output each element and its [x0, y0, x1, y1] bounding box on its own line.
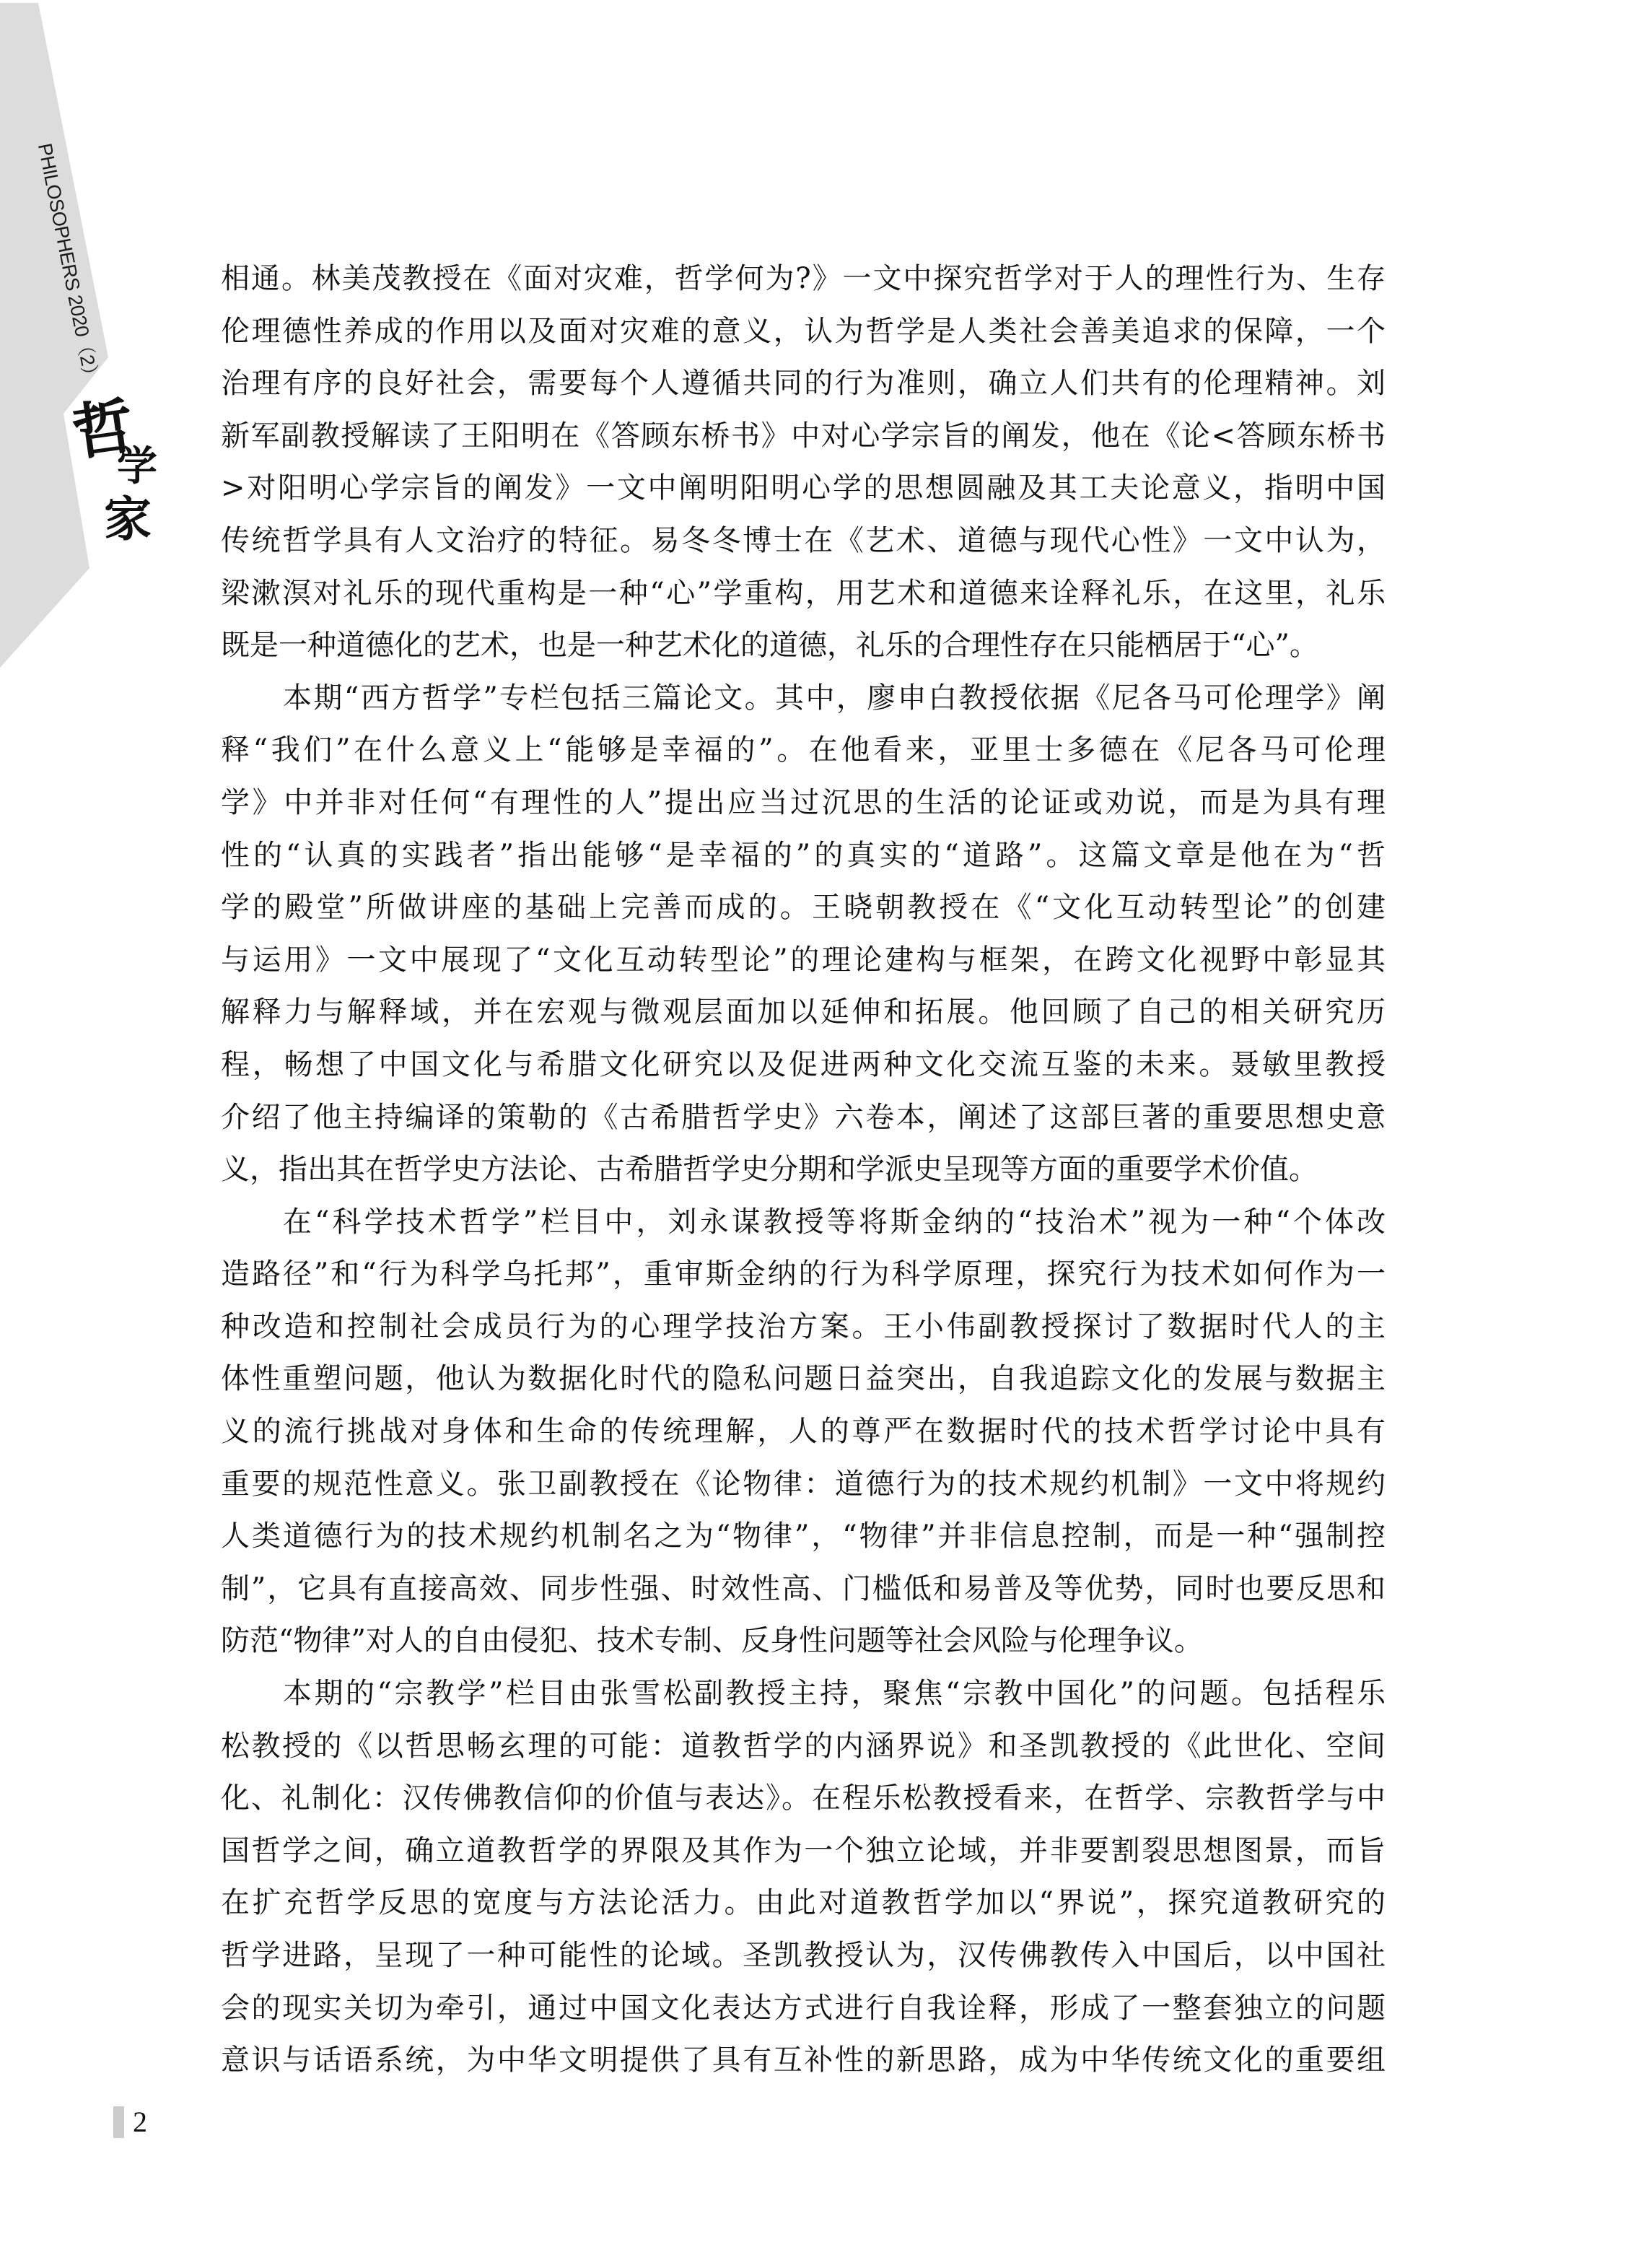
text-line: 义，指出其在哲学史方法论、古希腊哲学史分期和学派史呈现等方面的重要学术价值。 — [221, 1143, 1386, 1196]
text-line: 既是一种道德化的艺术，也是一种艺术化的道德，礼乐的合理性存在只能栖居于“心”。 — [221, 619, 1386, 672]
text-line: 新军副教授解读了王阳明在《答顾东桥书》中对心学宗旨的阐发，他在《论<答顾东桥书 — [221, 410, 1386, 463]
page-number: 2 — [133, 2106, 147, 2138]
text-line: 人类道德行为的技术规约机制名之为“物律”，“物律”并非信息控制，而是一种“强制控 — [221, 1510, 1386, 1563]
text-line: 义的流行挑战对身体和生命的传统理解，人的尊严在数据时代的技术哲学讨论中具有 — [221, 1405, 1386, 1458]
page-marker-bar — [113, 2106, 124, 2138]
text-line: 学》中并非对任何“有理性的人”提出应当过沉思的生活的论证或劝说，而是为具有理 — [221, 777, 1386, 829]
paragraph: 在“科学技术哲学”栏目中，刘永谋教授等将斯金纳的“技治术”视为一种“个体改造路径… — [221, 1196, 1386, 1667]
logo-char-3: 家 — [104, 481, 152, 549]
text-line: 造路径”和“行为科学乌托邦”，重审斯金纳的行为科学原理，探究行为技术如何作为一 — [221, 1248, 1386, 1301]
text-line: 会的现实关切为牵引，通过中国文化表达方式进行自我诠释，形成了一整套独立的问题 — [221, 1982, 1386, 2035]
text-line: 重要的规范性意义。张卫副教授在《论物律：道德行为的技术规约机制》一文中将规约 — [221, 1458, 1386, 1511]
article-body: 相通。林美茂教授在《面对灾难，哲学何为?》一文中探究哲学对于人的理性行为、生存伦… — [221, 253, 1386, 2087]
text-line: 哲学进路，呈现了一种可能性的论域。圣凯教授认为，汉传佛教传入中国后，以中国社 — [221, 1929, 1386, 1982]
paragraph: 相通。林美茂教授在《面对灾难，哲学何为?》一文中探究哲学对于人的理性行为、生存伦… — [221, 253, 1386, 672]
text-line: 本期“西方哲学”专栏包括三篇论文。其中，廖申白教授依据《尼各马可伦理学》阐 — [221, 672, 1386, 725]
text-line: 传统哲学具有人文治疗的特征。易冬冬博士在《艺术、道德与现代心性》一文中认为， — [221, 515, 1386, 567]
text-line: 制”，它具有直接高效、同步性强、时效性高、门槛低和易普及等优势，同时也要反思和 — [221, 1563, 1386, 1615]
text-line: 化、礼制化：汉传佛教信仰的价值与表达》。在程乐松教授看来，在哲学、宗教哲学与中 — [221, 1772, 1386, 1825]
text-line: 介绍了他主持编译的策勒的《古希腊哲学史》六卷本，阐述了这部巨著的重要思想史意 — [221, 1091, 1386, 1144]
text-line: 治理有序的良好社会，需要每个人遵循共同的行为准则，确立人们共有的伦理精神。刘 — [221, 357, 1386, 410]
text-line: 松教授的《以哲思畅玄理的可能：道教哲学的内涵界说》和圣凯教授的《此世化、空间 — [221, 1720, 1386, 1773]
text-line: 国哲学之间，确立道教哲学的界限及其作为一个独立论域，并非要割裂思想图景，而旨 — [221, 1825, 1386, 1877]
running-head-journal-issue: PHILOSOPHERS 2020（2） — [32, 141, 108, 387]
text-line: 学的殿堂”所做讲座的基础上完善而成的。王晓朝教授在《“文化互动转型论”的创建 — [221, 881, 1386, 934]
text-line: >对阳明心学宗旨的阐发》一文中阐明阳明心学的思想圆融及其工夫论意义，指明中国 — [221, 462, 1386, 515]
text-line: 相通。林美茂教授在《面对灾难，哲学何为?》一文中探究哲学对于人的理性行为、生存 — [221, 253, 1386, 305]
text-line: 在扩充哲学反思的宽度与方法论活力。由此对道教哲学加以“界说”，探究道教研究的 — [221, 1877, 1386, 1929]
text-line: 在“科学技术哲学”栏目中，刘永谋教授等将斯金纳的“技治术”视为一种“个体改 — [221, 1196, 1386, 1249]
paragraph: 本期“西方哲学”专栏包括三篇论文。其中，廖申白教授依据《尼各马可伦理学》阐释“我… — [221, 672, 1386, 1196]
text-line: 解释力与解释域，并在宏观与微观层面加以延伸和拓展。他回顾了自己的相关研究历 — [221, 986, 1386, 1039]
text-line: 与运用》一文中展现了“文化互动转型论”的理论建构与框架，在跨文化视野中彰显其 — [221, 934, 1386, 987]
text-line: 防范“物律”对人的自由侵犯、技术专制、反身性问题等社会风险与伦理争议。 — [221, 1615, 1386, 1667]
text-line: 梁漱溟对礼乐的现代重构是一种“心”学重构，用艺术和道德来诠释礼乐，在这里，礼乐 — [221, 567, 1386, 620]
text-line: 体性重塑问题，他认为数据化时代的隐私问题日益突出，自我追踪文化的发展与数据主 — [221, 1353, 1386, 1405]
text-line: 性的“认真的实践者”指出能够“是幸福的”的真实的“道路”。这篇文章是他在为“哲 — [221, 829, 1386, 882]
text-line: 释“我们”在什么意义上“能够是幸福的”。在他看来，亚里士多德在《尼各马可伦理 — [221, 724, 1386, 777]
page-footer: 2 — [113, 2106, 147, 2138]
journal-logo-calligraphy: 哲 学 家 — [72, 381, 159, 554]
text-line: 种改造和控制社会成员行为的心理学技治方案。王小伟副教授探讨了数据时代人的主 — [221, 1301, 1386, 1353]
text-line: 程，畅想了中国文化与希腊文化研究以及促进两种文化交流互鉴的未来。聂敏里教授 — [221, 1039, 1386, 1091]
text-line: 意识与话语系统，为中华文明提供了具有互补性的新思路，成为中华传统文化的重要组 — [221, 2034, 1386, 2087]
text-line: 本期的“宗教学”栏目由张雪松副教授主持，聚焦“宗教中国化”的问题。包括程乐 — [221, 1667, 1386, 1720]
text-line: 伦理德性养成的作用以及面对灾难的意义，认为哲学是人类社会善美追求的保障，一个 — [221, 305, 1386, 358]
paragraph: 本期的“宗教学”栏目由张雪松副教授主持，聚焦“宗教中国化”的问题。包括程乐松教授… — [221, 1667, 1386, 2087]
